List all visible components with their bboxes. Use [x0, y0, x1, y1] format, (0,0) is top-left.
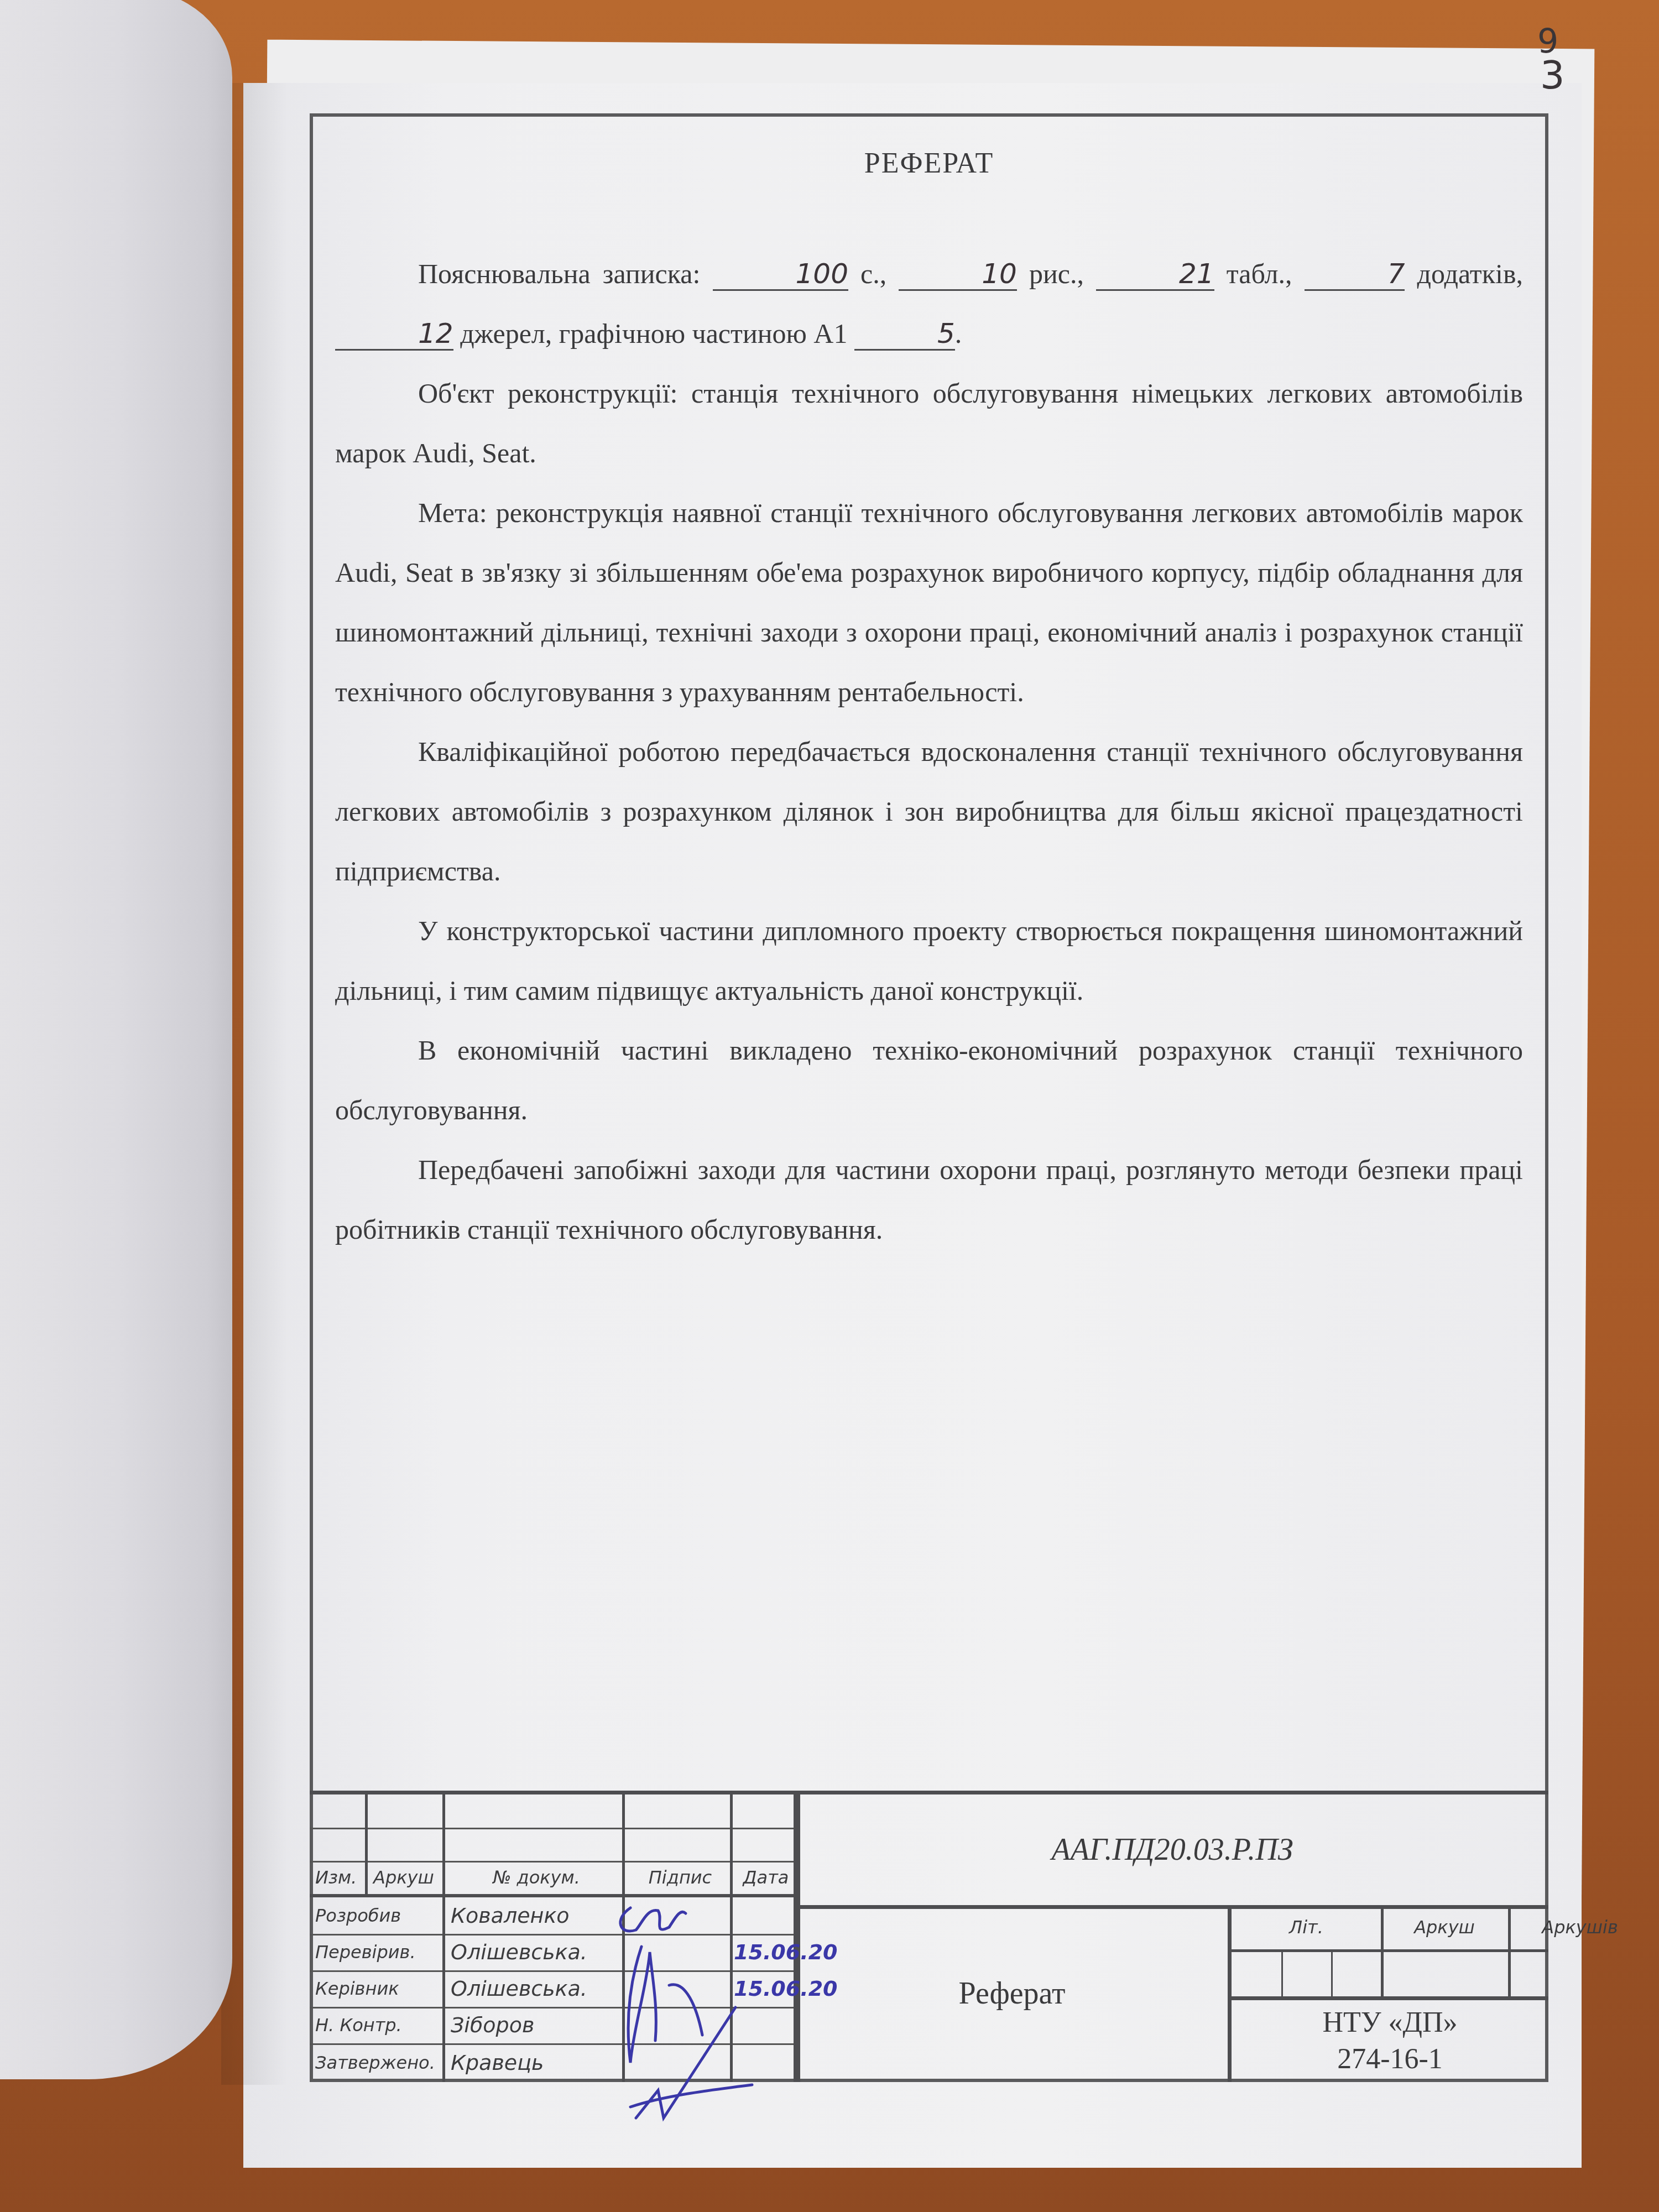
blank-row: [310, 1794, 796, 1829]
role-row: Керівник Олішевська. 15.06.20: [310, 1970, 796, 2008]
header-letter: Літ.: [1232, 1905, 1381, 1949]
role-row: Н. Контр. Зіборов: [310, 2007, 796, 2045]
summary-paragraph: Пояснювальна записка: 100 с., 10 рис., 2…: [335, 244, 1523, 363]
handwritten-page-number: 3: [1540, 53, 1565, 98]
paragraph-safety: Передбачені запобіжні заходи для частини…: [335, 1140, 1523, 1259]
role-row: Перевірив. Олішевська. 15.06.20: [310, 1934, 796, 1972]
header-sheet-no: Аркуш: [1381, 1905, 1508, 1949]
header-date: Дата: [733, 1861, 796, 1894]
header-signature: Підпис: [625, 1861, 733, 1894]
paragraph-design: У конструкторської частини дипломного пр…: [335, 901, 1523, 1020]
title-block-signatures: Изм. Аркуш № докум. Підпис Дата Розробив…: [310, 1794, 800, 2082]
title-block: Изм. Аркуш № докум. Підпис Дата Розробив…: [310, 1791, 1548, 2082]
title-block-sheet-info: Літ. Аркуш Аркушів НТУ «ДП» 274-16-1: [1232, 1905, 1548, 2082]
title-block-header-row: Изм. Аркуш № докум. Підпис Дата: [310, 1861, 796, 1897]
page-title: РЕФЕРАТ: [313, 147, 1545, 180]
figures-count: 10: [899, 258, 1017, 291]
sheet-info-values: [1232, 1952, 1548, 2000]
paragraph-object: Об'єкт реконструкції: станція технічного…: [335, 363, 1523, 483]
group-code: 274-16-1: [1337, 2041, 1443, 2078]
header-change: Изм.: [310, 1861, 368, 1894]
paragraph-qualification: Кваліфікаційної роботою передбачається в…: [335, 722, 1523, 901]
graphic-sheets-count: 5: [854, 318, 955, 351]
previous-page-curl: [0, 0, 232, 2079]
document-title: Реферат: [796, 1905, 1232, 2082]
header-sheet: Аркуш: [368, 1861, 445, 1894]
pages-count: 100: [713, 258, 848, 291]
organization-name: НТУ «ДП»: [1322, 2005, 1457, 2041]
tables-count: 21: [1096, 258, 1214, 291]
abstract-body: Пояснювальна записка: 100 с., 10 рис., 2…: [335, 244, 1523, 1259]
paragraph-goal: Мета: реконструкція наявної станції техн…: [335, 483, 1523, 722]
blank-row: [310, 1828, 796, 1863]
role-row: Затвержено. Кравець: [310, 2043, 796, 2082]
header-doc-no: № докум.: [445, 1861, 625, 1894]
sources-count: 12: [335, 318, 453, 351]
role-row: Розробив Коваленко: [310, 1897, 796, 1936]
document-code: ААГ.ПД20.03.Р.ПЗ: [796, 1794, 1548, 1909]
appendices-count: 7: [1305, 258, 1405, 291]
paragraph-economic: В економічній частині викладено техніко-…: [335, 1020, 1523, 1140]
drawing-frame: РЕФЕРАТ Пояснювальна записка: 100 с., 10…: [310, 113, 1548, 2082]
organization-block: НТУ «ДП» 274-16-1: [1232, 2000, 1548, 2082]
header-sheets-total: Аркушів: [1508, 1905, 1652, 1949]
sheet-info-headers: Літ. Аркуш Аркушів: [1232, 1905, 1548, 1952]
